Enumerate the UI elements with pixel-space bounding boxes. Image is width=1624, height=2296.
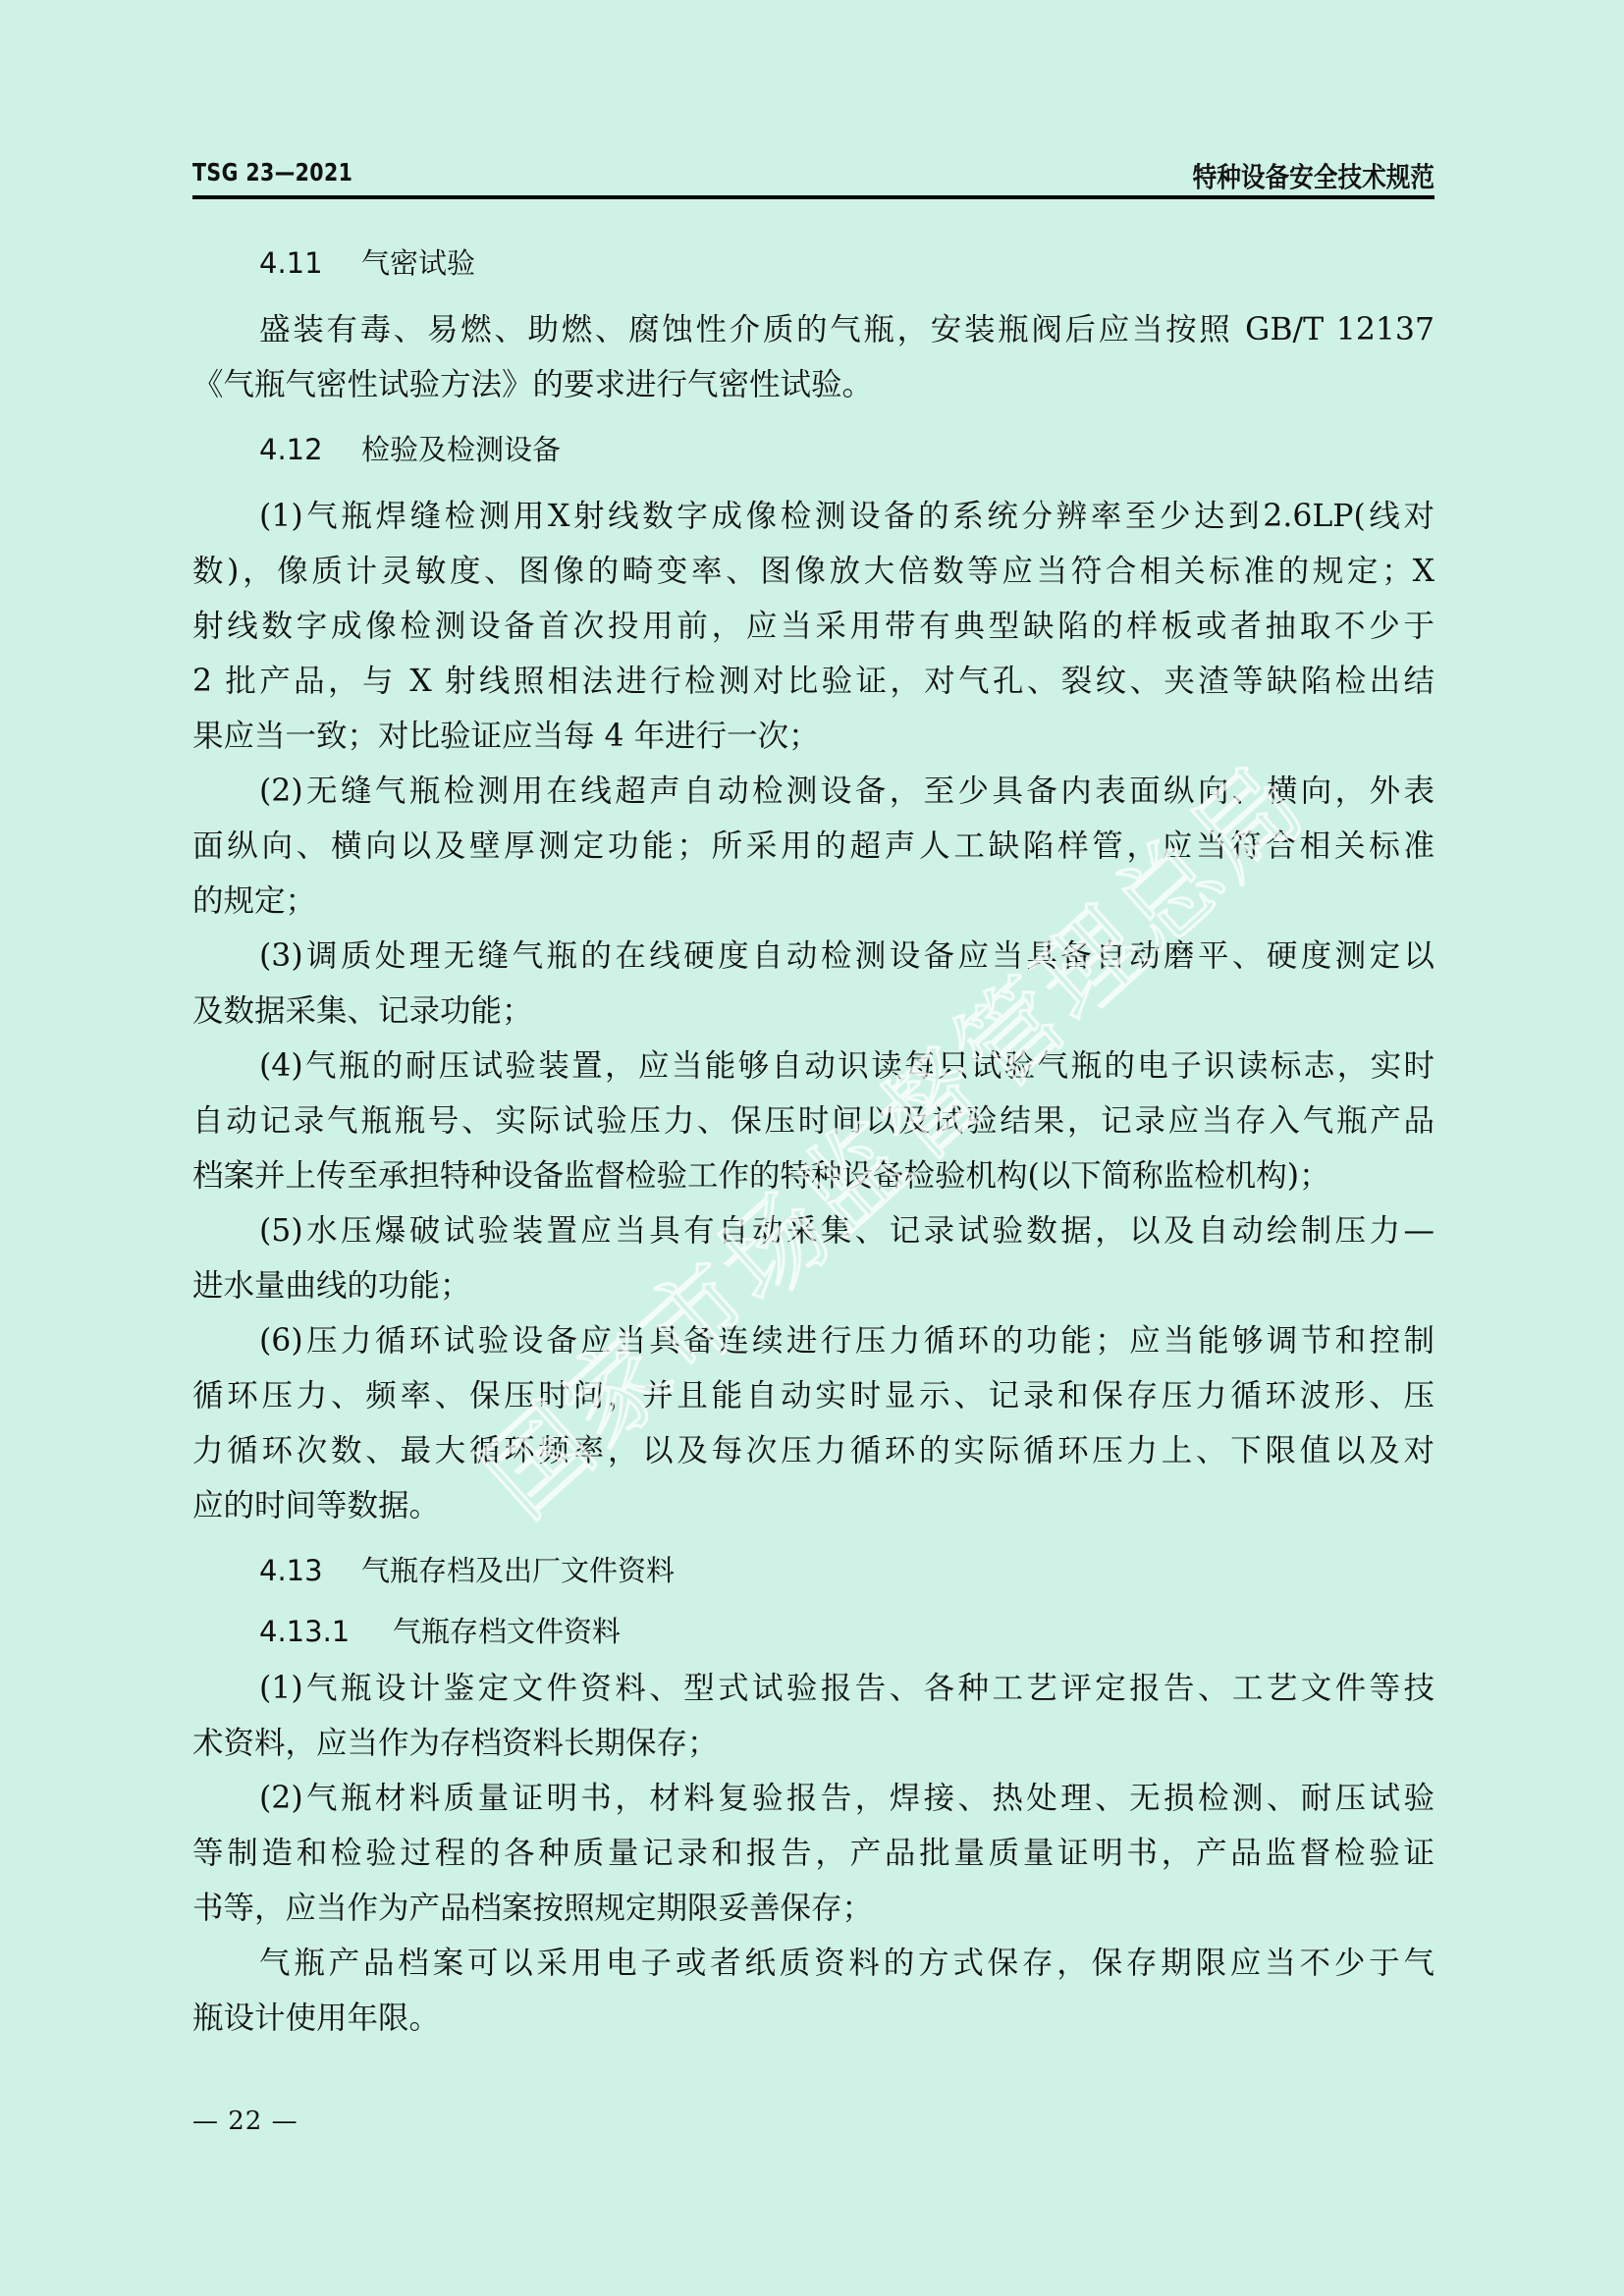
text-line: 进水量曲线的功能； [192, 1268, 471, 1304]
paragraph-line: 及数据采集、记录功能； [192, 991, 533, 1031]
section-title: 气瓶存档及出厂文件资料 [361, 1554, 675, 1587]
list-item-3: (3)调质处理无缝气瓶的在线硬度自动检测设备应当具备自动磨平、硬度测定以 [259, 936, 1435, 976]
text-line: (3)调质处理无缝气瓶的在线硬度自动检测设备应当具备自动磨平、硬度测定以 [259, 936, 1435, 976]
paragraph-line: 盛装有毒、易燃、助燃、腐蚀性介质的气瓶，安装瓶阀后应当按照 GB/T 12137 [259, 310, 1435, 349]
paragraph-line: 果应当一致；对比验证应当每 4 年进行一次； [192, 717, 820, 756]
paragraph-line: 等制造和检验过程的各种质量记录和报告，产品批量质量证明书，产品监督检验证 [192, 1834, 1435, 1873]
paragraph-line: 数)，像质计灵敏度、图像的畸变率、图像放大倍数等应当符合相关标准的规定；X [192, 552, 1435, 591]
text-line: 的规定； [192, 883, 316, 919]
paragraph-line: 力循环次数、最大循环频率，以及每次压力循环的实际循环压力上、下限值以及对 [192, 1431, 1435, 1470]
text-line: (5)水压爆破试验装置应当具有自动采集、记录试验数据，以及自动绘制压力— [259, 1211, 1435, 1251]
text-line: 术资料，应当作为存档资料长期保存； [192, 1726, 719, 1761]
text-line: 气瓶产品档案可以采用电子或者纸质资料的方式保存，保存期限应当不少于气 [259, 1944, 1435, 1983]
page-number: — 22 — [192, 2107, 298, 2136]
text-line: 应的时间等数据。 [192, 1488, 440, 1523]
paragraph-line: 书等，应当作为产品档案按照规定期限妥善保存； [192, 1889, 873, 1928]
text-line: 自动记录气瓶瓶号、实际试验压力、保压时间以及试验结果，记录应当存入气瓶产品 [192, 1101, 1435, 1141]
section-title: 检验及检测设备 [361, 433, 561, 466]
section-heading-4-13: 4.13气瓶存档及出厂文件资料 [259, 1551, 675, 1590]
paragraph-line: 2 批产品，与 X 射线照相法进行检测对比验证，对气孔、裂纹、夹渣等缺陷检出结 [192, 662, 1435, 701]
section-heading-4-11: 4.11气密试验 [259, 243, 475, 283]
list-item-1: (1)气瓶焊缝检测用X射线数字成像检测设备的系统分辨率至少达到2.6LP(线对 [259, 497, 1435, 536]
text-line: 档案并上传至承担特种设备监督检验工作的特种设备检验机构(以下简称监检机构)； [192, 1158, 1330, 1194]
section-number: 4.13 [259, 1551, 361, 1590]
text-line: (1)气瓶设计鉴定文件资料、型式试验报告、各种工艺评定报告、工艺文件等技 [259, 1669, 1435, 1708]
text-line: 盛装有毒、易燃、助燃、腐蚀性介质的气瓶，安装瓶阀后应当按照 GB/T 12137 [259, 310, 1435, 349]
section-title: 气密试验 [361, 246, 475, 280]
text-line: 《气瓶气密性试验方法》的要求进行气密性试验。 [192, 367, 873, 402]
list-item-2: (2)无缝气瓶检测用在线超声自动检测设备，至少具备内表面纵向、横向，外表 [259, 772, 1435, 811]
text-line: 射线数字成像检测设备首次投用前，应当采用带有典型缺陷的样板或者抽取不少于 [192, 607, 1435, 646]
document-category: 特种设备安全技术规范 [1193, 156, 1435, 195]
section-heading-4-13-1: 4.13.1气瓶存档文件资料 [259, 1612, 621, 1651]
list-item-4: (4)气瓶的耐压试验装置，应当能够自动识读每只试验气瓶的电子识读标志，实时 [259, 1046, 1435, 1086]
paragraph-line: 术资料，应当作为存档资料长期保存； [192, 1724, 719, 1763]
section-number: 4.11 [259, 243, 361, 283]
text-line: 2 批产品，与 X 射线照相法进行检测对比验证，对气孔、裂纹、夹渣等缺陷检出结 [192, 662, 1435, 701]
paragraph-line: 的规定； [192, 881, 316, 921]
paragraph-line: 《气瓶气密性试验方法》的要求进行气密性试验。 [192, 365, 873, 404]
page-header: TSG 23—2021 特种设备安全技术规范 [192, 156, 1435, 199]
text-line: 果应当一致；对比验证应当每 4 年进行一次； [192, 719, 820, 754]
paragraph-line: 瓶设计使用年限。 [192, 1999, 440, 2038]
paragraph-line: 应的时间等数据。 [192, 1486, 440, 1525]
paragraph-line: 自动记录气瓶瓶号、实际试验压力、保压时间以及试验结果，记录应当存入气瓶产品 [192, 1101, 1435, 1141]
text-line: 面纵向、横向以及壁厚测定功能；所采用的超声人工缺陷样管，应当符合相关标准 [192, 827, 1435, 866]
section-number: 4.12 [259, 430, 361, 469]
paragraph-line: 循环压力、频率、保压时间，并且能自动实时显示、记录和保存压力循环波形、压 [192, 1376, 1435, 1415]
section-heading-4-12: 4.12检验及检测设备 [259, 430, 561, 469]
text-line: 力循环次数、最大循环频率，以及每次压力循环的实际循环压力上、下限值以及对 [192, 1431, 1435, 1470]
paragraph-line: 面纵向、横向以及壁厚测定功能；所采用的超声人工缺陷样管，应当符合相关标准 [192, 827, 1435, 866]
section-number: 4.13.1 [259, 1612, 393, 1651]
text-line: (2)气瓶材料质量证明书，材料复验报告，焊接、热处理、无损检测、耐压试验 [259, 1779, 1435, 1818]
list-item-6: (6)压力循环试验设备应当具备连续进行压力循环的功能；应当能够调节和控制 [259, 1321, 1435, 1361]
paragraph-line: 档案并上传至承担特种设备监督检验工作的特种设备检验机构(以下简称监检机构)； [192, 1156, 1330, 1196]
list-item-1: (1)气瓶设计鉴定文件资料、型式试验报告、各种工艺评定报告、工艺文件等技 [259, 1669, 1435, 1708]
paragraph-line: 射线数字成像检测设备首次投用前，应当采用带有典型缺陷的样板或者抽取不少于 [192, 607, 1435, 646]
section-title: 气瓶存档文件资料 [393, 1615, 621, 1648]
text-line: (4)气瓶的耐压试验装置，应当能够自动识读每只试验气瓶的电子识读标志，实时 [259, 1046, 1435, 1086]
text-line: (2)无缝气瓶检测用在线超声自动检测设备，至少具备内表面纵向、横向，外表 [259, 772, 1435, 811]
text-line: 书等，应当作为产品档案按照规定期限妥善保存； [192, 1891, 873, 1926]
text-line: 循环压力、频率、保压时间，并且能自动实时显示、记录和保存压力循环波形、压 [192, 1376, 1435, 1415]
standard-code: TSG 23—2021 [192, 158, 352, 187]
paragraph-line: 进水量曲线的功能； [192, 1266, 471, 1306]
text-line: 数)，像质计灵敏度、图像的畸变率、图像放大倍数等应当符合相关标准的规定；X [192, 552, 1435, 591]
text-line: 及数据采集、记录功能； [192, 993, 533, 1029]
text-line: (1)气瓶焊缝检测用X射线数字成像检测设备的系统分辨率至少达到2.6LP(线对 [259, 497, 1435, 536]
list-item-2: (2)气瓶材料质量证明书，材料复验报告，焊接、热处理、无损检测、耐压试验 [259, 1779, 1435, 1818]
document-page: TSG 23—2021 特种设备安全技术规范 4.11气密试验 盛装有毒、易燃、… [0, 0, 1624, 2296]
text-line: (6)压力循环试验设备应当具备连续进行压力循环的功能；应当能够调节和控制 [259, 1321, 1435, 1361]
list-item-5: (5)水压爆破试验装置应当具有自动采集、记录试验数据，以及自动绘制压力— [259, 1211, 1435, 1251]
closing-paragraph: 气瓶产品档案可以采用电子或者纸质资料的方式保存，保存期限应当不少于气 [259, 1944, 1435, 1983]
text-line: 瓶设计使用年限。 [192, 2001, 440, 2036]
text-line: 等制造和检验过程的各种质量记录和报告，产品批量质量证明书，产品监督检验证 [192, 1834, 1435, 1873]
